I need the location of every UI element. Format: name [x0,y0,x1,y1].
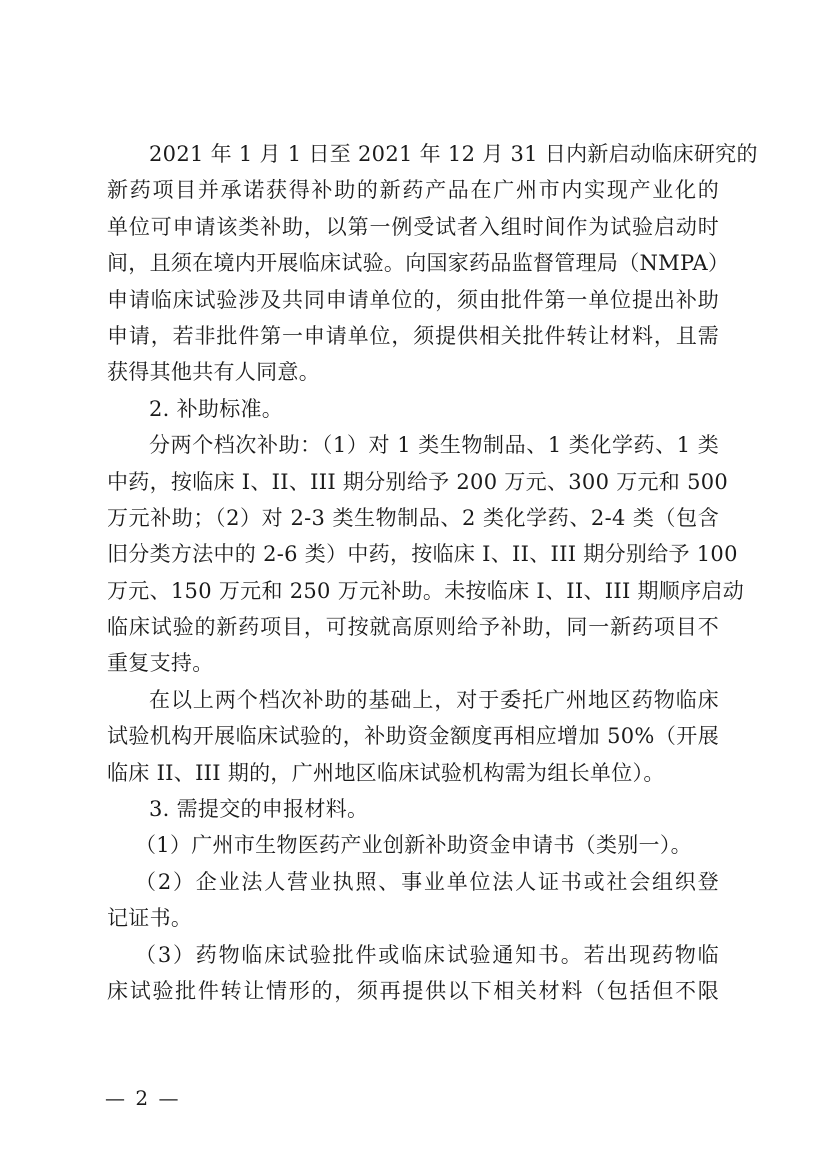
list-item: （3）药物临床试验批件或临床试验通知书。若出现药物临 [107,937,719,973]
section-heading: 2. 补助标准。 [107,391,719,427]
section-heading: 3. 需提交的申报材料。 [107,791,719,827]
text-line: 单位可申请该类补助，以第一例受试者入组时间作为试验启动时 [107,209,719,245]
text-line: 床试验批件转让情形的，须再提供以下相关材料（包括但不限 [107,973,719,1009]
text-line: 间，且须在境内开展临床试验。向国家药品监督管理局（NMPA） [107,245,719,281]
text-line: 获得其他共有人同意。 [107,354,719,390]
text-line: 临床 II、III 期的，广州地区临床试验机构需为组长单位）。 [107,755,719,791]
text-line: 2021 年 1 月 1 日至 2021 年 12 月 31 日内新启动临床研究… [107,136,719,172]
text-line: 万元、150 万元和 250 万元补助。未按临床 I、II、III 期顺序启动 [107,573,719,609]
text-line: 旧分类方法中的 2-6 类）中药，按临床 I、II、III 期分别给予 100 [107,536,719,572]
text-line: 新药项目并承诺获得补助的新药产品在广州市内实现产业化的 [107,172,719,208]
text-line: 分两个档次补助：（1）对 1 类生物制品、1 类化学药、1 类 [107,427,719,463]
text-line: 中药，按临床 I、II、III 期分别给予 200 万元、300 万元和 500 [107,464,719,500]
document-page: 2021 年 1 月 1 日至 2021 年 12 月 31 日内新启动临床研究… [0,0,827,1170]
list-item: （1）广州市生物医药产业创新补助资金申请书（类别一）。 [107,827,719,863]
text-line: 记证书。 [107,900,719,936]
text-line: 临床试验的新药项目，可按就高原则给予补助，同一新药项目不 [107,609,719,645]
body-text: 2021 年 1 月 1 日至 2021 年 12 月 31 日内新启动临床研究… [107,136,719,1009]
text-line: 在以上两个档次补助的基础上，对于委托广州地区药物临床 [107,682,719,718]
text-line: 申请，若非批件第一申请单位，须提供相关批件转让材料，且需 [107,318,719,354]
text-line: 万元补助；（2）对 2-3 类生物制品、2 类化学药、2-4 类（包含 [107,500,719,536]
text-line: 申请临床试验涉及共同申请单位的，须由批件第一单位提出补助 [107,282,719,318]
page-number: — 2 — [105,1086,180,1110]
text-line: 重复支持。 [107,645,719,681]
list-item: （2）企业法人营业执照、事业单位法人证书或社会组织登 [107,864,719,900]
text-line: 试验机构开展临床试验的，补助资金额度再相应增加 50%（开展 [107,718,719,754]
